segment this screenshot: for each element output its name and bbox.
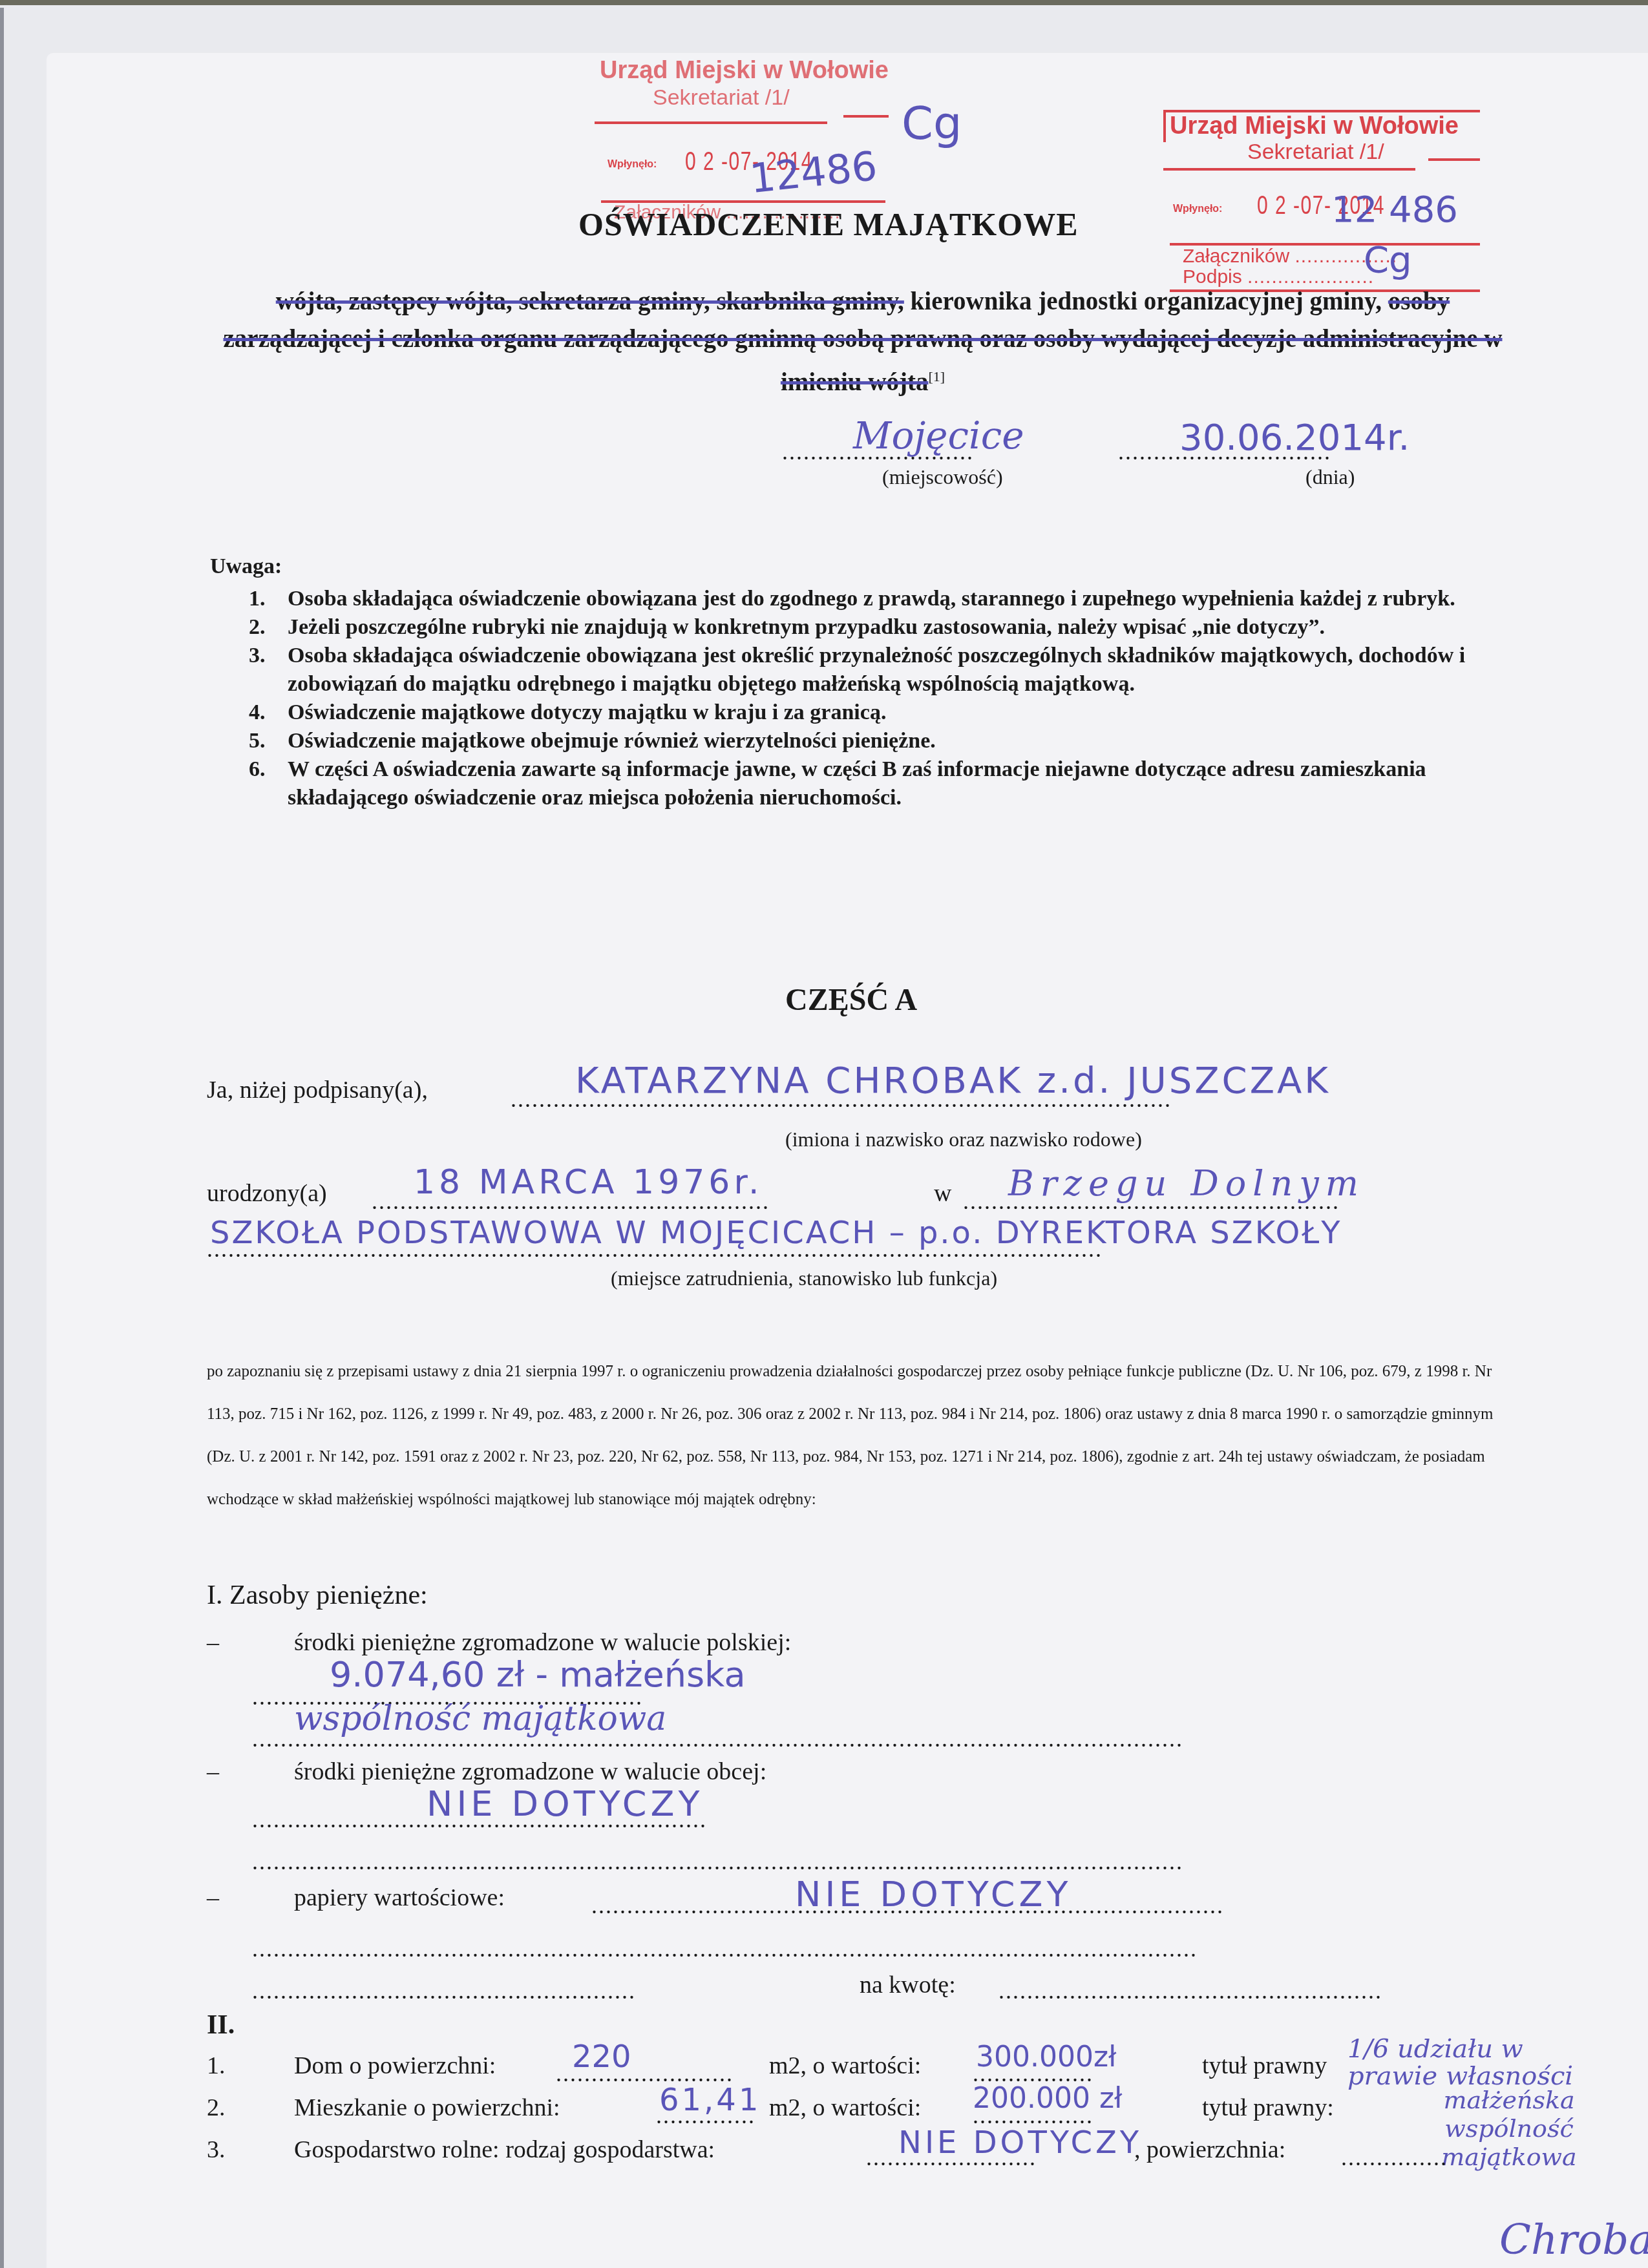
scanner-left-edge: [0, 8, 4, 2268]
item-3-type-value: NIE DOTYCZY: [898, 2125, 1142, 2161]
foreign-value: NIE DOTYCZY: [427, 1783, 703, 1824]
place-caption: (miejscowość): [882, 465, 1003, 489]
item-1-unit: m2, o wartości:: [769, 2052, 921, 2080]
note-item: 1.Osoba składająca oświadczenie obowiąza…: [210, 585, 1522, 613]
scanner-edge: [0, 0, 1648, 5]
item-2-unit: m2, o wartości:: [769, 2094, 921, 2122]
date-caption: (dnia): [1305, 465, 1355, 489]
footnote-ref: [1]: [928, 368, 945, 384]
amount-label: na kwotę:: [860, 1971, 956, 1999]
born-date-field: 18 MARCA 1976r.: [414, 1163, 763, 1202]
stamp-department: Sekretariat /1/: [1247, 140, 1384, 165]
date-field: 30.06.2014r.: [1179, 417, 1410, 459]
item-1-title-label: tytuł prawny: [1202, 2052, 1327, 2080]
declarant-caption: (imiona i nazwisko oraz nazwisko rodowe): [785, 1128, 1142, 1151]
item-2-label: Mieszkanie o powierzchni:: [294, 2094, 560, 2122]
pln-value-2: wspólność majątkowa: [294, 1699, 666, 1738]
note-item: 3.Osoba składająca oświadczenie obowiąza…: [210, 642, 1522, 698]
document-subtitle: wójta, zastępcy wójta, sekretarza gminy,…: [207, 283, 1519, 401]
dash: –: [207, 1628, 219, 1657]
stamp-2-initials: Cg: [1364, 239, 1412, 281]
item-2-num: 2.: [207, 2094, 226, 2122]
stamp-1-initials: Cg: [902, 97, 962, 150]
document-title: OŚWIADCZENIE MAJĄTKOWE: [578, 205, 1079, 243]
born-place-field: Brzegu Dolnym: [1008, 1163, 1365, 1204]
pln-value-1: 9.074,60 zł - małżeńska: [330, 1654, 746, 1695]
foreign-label: środki pieniężne zgromadzone w walucie o…: [294, 1758, 766, 1786]
place-field: Mojęcice: [853, 414, 1024, 457]
note-item: 6.W części A oświadczenia zawarte są inf…: [210, 755, 1522, 812]
part-a-heading: CZĘŚĆ A: [785, 982, 917, 1018]
securities-dots-2: ........................................…: [252, 1935, 1198, 1962]
item-3-label: Gospodarstwo rolne: rodzaj gospodarstwa:: [294, 2136, 715, 2164]
note-item: 5.Oświadczenie majątkowe obejmuje równie…: [210, 727, 1522, 755]
dash: –: [207, 1758, 219, 1786]
dash: –: [207, 1884, 219, 1912]
note-item: 2.Jeżeli poszczególne rubryki nie znajdu…: [210, 613, 1522, 642]
employment-caption: (miejsce zatrudnienia, stanowisko lub fu…: [611, 1266, 997, 1290]
legal-basis-text: po zapoznaniu się z przepisami ustawy z …: [207, 1350, 1519, 1521]
section-1-heading: I. Zasoby pieniężne:: [207, 1580, 428, 1611]
item-1-value: 300.000zł: [976, 2041, 1117, 2074]
subtitle-struck-1: wójta, zastępcy wójta, sekretarza gminy,…: [276, 288, 904, 315]
stamp-office: Urząd Miejski w Wołowie: [1170, 112, 1459, 140]
declarant-field: KATARZYNA CHROBAK z.d. JUSZCZAK: [575, 1060, 1331, 1102]
securities-value: NIE DOTYCZY: [795, 1874, 1072, 1915]
item-3-area-dots[interactable]: ...............: [1341, 2144, 1448, 2171]
item-1-title-value: 1/6 udziału w prawie własności: [1347, 2035, 1619, 2090]
foreign-dots-2: ........................................…: [252, 1848, 1183, 1875]
amount-field[interactable]: ........................................…: [998, 1977, 1382, 2004]
signature: Chrobak: [1499, 2216, 1648, 2264]
stamp-received-label: Wpłynęło:: [607, 159, 657, 171]
item-2-title-label: tytuł prawny:: [1202, 2094, 1334, 2122]
received-stamp-1: Urząd Miejski w Wołowie Sekretariat /1/ …: [595, 57, 892, 218]
subtitle-kept: kierownika jednostki organizacyjnej gmin…: [904, 288, 1388, 315]
born-label: urodzony(a): [207, 1179, 327, 1208]
amount-dots-left: ........................................…: [252, 1977, 636, 2004]
item-2-value: 200.000 zł: [973, 2082, 1123, 2115]
pln-label: środki pieniężne zgromadzone w walucie p…: [294, 1628, 791, 1657]
employment-field: SZKOŁA PODSTAWOWA W MOJĘCICACH – p.o. DY…: [210, 1215, 1342, 1251]
section-2-heading: II.: [207, 2010, 235, 2041]
item-1-area: 220: [572, 2039, 631, 2075]
declarant-label: Ja, niżej podpisany(a),: [207, 1076, 428, 1104]
stamp-received-label: Wpłynęło:: [1173, 204, 1222, 215]
note-item: 4.Oświadczenie majątkowe dotyczy majątku…: [210, 698, 1522, 727]
item-3-num: 3.: [207, 2136, 226, 2164]
item-1-num: 1.: [207, 2052, 226, 2080]
stamp-office: Urząd Miejski w Wołowie: [600, 57, 889, 85]
item-3-area-label: , powierzchnia:: [1134, 2136, 1285, 2164]
item-1-label: Dom o powierzchni:: [294, 2052, 496, 2080]
notes-section: Uwaga: 1.Osoba składająca oświadczenie o…: [210, 552, 1522, 812]
item-2-area: 61,41: [659, 2082, 761, 2118]
notes-heading: Uwaga:: [210, 552, 1522, 581]
securities-label: papiery wartościowe:: [294, 1884, 505, 1912]
born-in-label: w: [934, 1179, 951, 1208]
stamp-department: Sekretariat /1/: [653, 85, 790, 110]
stamp-2-reg-number: 12 486: [1331, 189, 1458, 231]
